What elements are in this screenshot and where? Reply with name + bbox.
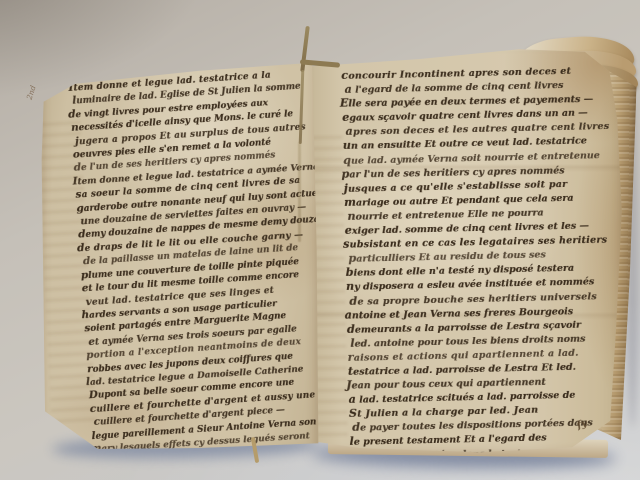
left-manuscript-page: Item donne et legue lad. testatrice a la… [40, 58, 320, 456]
right-manuscript-page: concourir Incontinent apres son deces et… [303, 46, 625, 458]
manuscript-photo: concourir Incontinent apres son deces et… [0, 0, 640, 480]
left-page-handwriting: Item donne et legue lad. testatrice a la… [68, 65, 345, 470]
right-page-handwriting: concourir Incontinent apres son deces et… [341, 63, 632, 478]
binding-cord [298, 142, 301, 242]
